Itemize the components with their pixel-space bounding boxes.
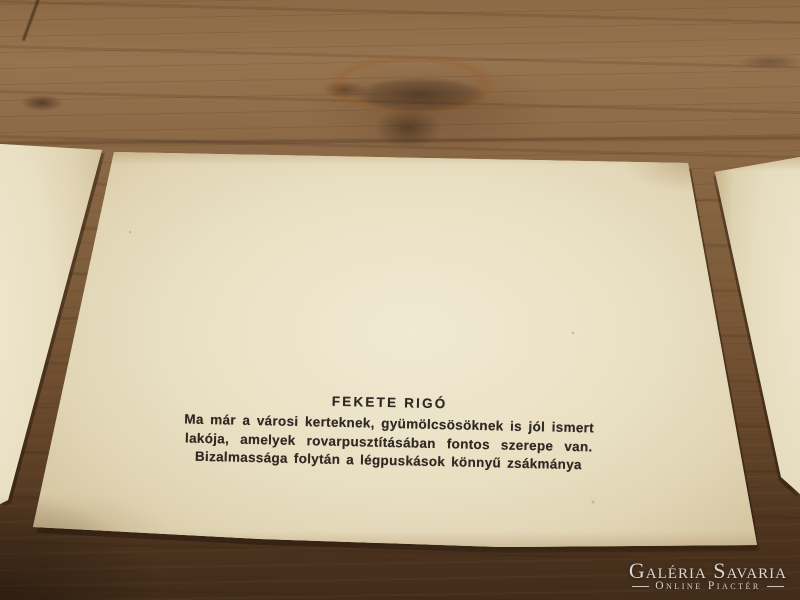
watermark-site-name: Galéria Savaria [629,562,787,579]
watermark-tagline: Online Piactér [655,580,760,592]
watermark-rule-left [632,586,649,587]
postcard-main [33,152,757,547]
postcard-text-block: FEKETE RIGÓ Ma már a városi kerteknek, g… [149,389,629,476]
watermark: Galéria Savaria Online Piactér [629,562,787,592]
watermark-rule-right [767,586,784,587]
photo-postcards-on-table: FEKETE RIGÓ Ma már a városi kerteknek, g… [0,0,800,600]
